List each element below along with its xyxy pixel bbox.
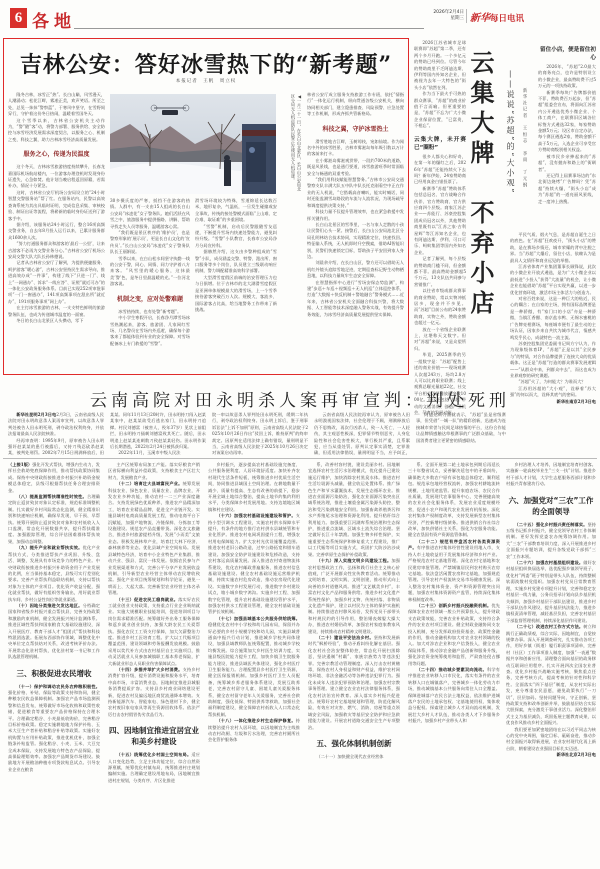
- clause-lead: （十三）促进农民工稳岗就业。: [116, 597, 178, 602]
- section-heading: 四、因地制宜推进宜居宜业和美乡村建设: [108, 725, 200, 747]
- clause-lead: （十五）统筹优化乡村国土空间布局。: [116, 752, 191, 757]
- clause-lead: （二十六）加强农村基层组织建设。: [514, 560, 583, 565]
- paragraph: （二十三）创新乡村振兴投融资机制。优先保障农业农村领域一般公共预算投入，提升财政…: [408, 603, 500, 667]
- paragraph: 2022年11月，玉溪市中级人民法: [110, 450, 206, 456]
- paragraph: 这个冬天，吉林冰雪旅游热度持续攀升，长春龙嘉国际机场航站楼内，一位游客办理登机时…: [8, 164, 105, 190]
- subheading: 服务之心，传递为民温度: [8, 149, 105, 158]
- paragraph: “雪警”机制，启动后民警跟随雪友巡逻，不断提升雪场内快速处警能力，避免纠纷升级。…: [195, 224, 277, 250]
- paragraph: 院一审以故意杀人罪判处田永明死刑，缓期二年执行，剥夺政治权利终身。田永明上诉后，…: [212, 412, 308, 456]
- paragraph: （十三）促进农民工稳岗就业。落实好农民工就业创业支持政策，支持重点行业企业吸纳就…: [108, 597, 200, 667]
- paragraph: 科技力量不仅提升管理效率，也在紧急救援中发挥关键作用。: [307, 209, 404, 222]
- masthead-divider: [466, 9, 467, 23]
- section-heading: 三、积极促进农民增收: [8, 668, 100, 679]
- susuper-column-4-tail: 阿迪达斯方面就表示，“苏超”虽是省级赛事，但凭借“一城一队”的精彩创新，迅速成为…: [416, 412, 506, 456]
- subheading: 留住小店，便是留住初心: [538, 45, 596, 61]
- susuper-subheadline: ——说说“苏超”的“大小观”: [502, 70, 516, 194]
- newspaper-brand-logo: 新华每日电讯: [470, 9, 524, 24]
- brand-italic: 新华: [470, 13, 490, 24]
- susuper-headline[interactable]: 云集大牌 不弃小店: [468, 50, 498, 320]
- paragraph: 系，改善村容村貌，建设美丽乡村。因地制宜选择农村生活污水治理模式，优化提升已建设…: [308, 462, 400, 558]
- paragraph: 新赛季每块广告牌都价值不菲，赞助费百万起步，但“苏超”组委会宣布，将面向江苏省内…: [538, 90, 596, 154]
- paragraph: （二十六）加强农村基层组织建设。做好农村基层组织换届选举，选优配强乡镇领导班子，…: [506, 560, 596, 624]
- paragraph: 长白山北景区的雪季里，一名与家人走散的小孩让民警们心头一紧。接警后，长白山公安局…: [307, 222, 404, 260]
- clause-lead: （十六）加强农村基础设施建设和管护。: [216, 513, 295, 518]
- clause-lead: （二十五）强化乡村振兴责任制落实。: [514, 522, 587, 527]
- paragraph: 在智慧指挥中心进行“雪场安保态势监测”，构建“步巡＋车巡＋视频巡＋无人机巡”立体…: [307, 280, 404, 318]
- clause-lead: （十七）加强县域基本公共服务供给统筹。: [216, 616, 300, 621]
- photo-illustration: [110, 94, 276, 194]
- dateline: 新华社昆明2月3日电: [16, 412, 56, 417]
- clause-lead: （十八）一体化推进乡村生态保护修复。: [216, 718, 295, 723]
- paragraph: （二十）建设平安法治乡村。坚持和发展新时代“枫桥经验”，推动矛盾纠纷化解在基层。…: [308, 635, 400, 731]
- weekday-text: 星期三: [420, 16, 464, 22]
- paragraph: 这时，吉林省公安厅机场公安局设立的“24小时智慧交警服务站”帮了忙。在服务站内，…: [8, 190, 105, 222]
- clause-lead: （十四）多措并举扩大乡村消费。: [116, 667, 182, 672]
- paragraph: 记者了解到，每个层级的赞助商门槛不同，但金额都不菲。最高赞助金额超5千万元，13…: [414, 256, 466, 288]
- paragraph: 我们要更加紧密地团结在以习近平同志为核心的党中央周围，锚定目标、砥砺奋进，推动乡…: [506, 727, 596, 753]
- policy-column-3: 乡村振兴，逐步提高农村基础设施完备度、公共服务便利度、人居环境舒适度。加快补齐农…: [208, 462, 300, 866]
- paragraph: （十）因地分类推进欠发达地区。分档确定国家和省级乡村振兴重点帮扶县，完善支持政策…: [8, 603, 100, 661]
- paragraph: 很多人都关心和好奇，在第一年的爆红之后，2026年“苏超”还能持续火下去吗？新年…: [414, 154, 466, 186]
- paragraph: 放在一个省级企业联赛上，这堪称天文数字。但对“苏超”来说，又是众望所归。: [414, 327, 466, 353]
- paragraph: “努力打通服务群众和游客的‘最后一公里’，让来吉游客不必再为交警业务分心。”吉林…: [8, 241, 105, 260]
- susuper-column-3: 平民气质、烟火气息，是苏超自诞生之日的底色。在“苏超”狂欢夜开，“街头小店”的赞…: [510, 232, 596, 450]
- photo-caption: ◀一月二十一日，在长白山北景区，长白山公安局北区分局无人机巡防队民警正在使用无人…: [280, 94, 302, 194]
- paragraph: （二十七）改进农村工作方式方法。树立和践行正确政绩观，综合实际，因地制宜，自觉按…: [506, 624, 596, 727]
- brand-rest: 每日电讯: [490, 14, 524, 24]
- paragraph: （二十五）强化乡村振兴责任制落实。坚持五级书记抓乡村振兴，健全党领导农村工作体制…: [506, 522, 596, 560]
- susuper-column-1: 2026江苏省城市足球联赛即“苏超”第二季，还有两个多月开跑。一个多亿元的赞助已…: [414, 40, 466, 415]
- paragraph: 中小学生寒假开启，长春净月潭雪场冰雪热潮起来，游客、旅游团、几家网红雪场、几名警…: [110, 315, 190, 347]
- section-heading: 六、加强党对“三农”工作的全面领导: [506, 495, 596, 517]
- paragraph: （十九）深入实施文明乡风建设工程。加强农村思想政治工作，弘扬和践行社会主义核心价…: [308, 558, 400, 635]
- clause-lead: （十九）深入实施文明乡风建设工程。: [316, 558, 391, 563]
- paragraph: （八）提高监测帮扶精准性时效性。合理确定防止返贫致贫对象认定标准，规范标准调整机…: [8, 494, 100, 545]
- paragraph: 这个雪季以来，吉林省公安机关主动作为，“警”随“客”动，将警力部署、服务供给、安…: [8, 118, 105, 144]
- clause-lead: （二十四）推动城乡要素双向流动。: [416, 667, 487, 672]
- paragraph: （十一）保护和调动农民务农种粮积极性。强化价格、补贴、保险等政策支持和协同，健全…: [8, 684, 100, 774]
- paragraph: 在主打冰雪旅游的吉林，一支支特色鲜明的旅游警务队伍，也成为传递城市温度的一面窗。: [8, 305, 105, 318]
- policy-column-2: 主产区统筹布局加工产能。落实好粮食产销区省际横向利益补偿政策，支持粮食主产区壮大…: [108, 462, 200, 866]
- clause-lead: （八）提高监测帮扶精准性时效性。: [16, 494, 87, 499]
- paragraph: 苏豪控股集团党委副书记周方宁认为，作为现象级体育IP，“苏超”正是以其“全民参与…: [510, 341, 596, 379]
- paragraph: 对省百姓来说，这是一种巨大的贴近，民心的耦合；在自家的主场，拥有国际品牌要是是一…: [510, 296, 596, 341]
- yunnan-column-4: 云南省高级人民法院再审认为，原审被告人田永明漠视国家法律，社会伦理于不顾，刑满释…: [314, 412, 410, 456]
- subheading: 科技之翼，守护冰雪热土: [307, 124, 404, 133]
- clause-lead: （十二）培育壮大县域富民产业。: [116, 481, 182, 486]
- paragraph: 大型滑雪度假区前端的治安管理压力也与日俱增。位于吉林市的北大湖滑雪度假区是亚洲单…: [195, 275, 277, 313]
- clause-lead: （十一）保护和调动农民务农种粮积极性。: [16, 684, 100, 689]
- clause-lead: （十）因地分类推进欠发达地区。: [16, 603, 82, 608]
- subheading: 云集大牌，未开赛已“圈粉”: [414, 135, 466, 151]
- clause-lead: （二十）建设平安法治乡村。: [316, 635, 373, 640]
- paragraph: 滑雪胜地吉江畔，玉树琼枝，宛如仙境。作为闻名中外的冰雪胜景，吉林市雾凇岛每年吸引…: [307, 139, 404, 158]
- paragraph: 据介绍，该服务站24小时运行，整合16项高频交警业务，自去年8月投入运行以来，已…: [8, 222, 105, 241]
- paragraph: 林省公安厅成立服务支持旅游工作专班，依托“情指行”一体化运行机制，纵向贯通各级公…: [307, 92, 404, 118]
- feature-column-1: 隆冬吉林，冰雪正“热”。长白山巅，风雪漫天，人潮涌动；松花江畔，雾凇正美，欢声笑…: [8, 92, 105, 373]
- paragraph: 据赫然介绍，这支由多警种组成的“雪警”小队，成员涵盖交警、特警、派出所、窗口服务…: [195, 249, 277, 275]
- paragraph: “苏超”火了，为何能大？为谁而大？: [510, 379, 596, 385]
- paragraph: 云南省高级人民法院再审认为，原审被告人田永明漠视国家法律，社会伦理于不顾，刑满释…: [314, 412, 410, 456]
- masthead-rule: [74, 28, 424, 29]
- paragraph: 冬日的长白山北景区人头攒动，零下: [8, 318, 105, 324]
- paragraph: 江苏省体育产业集团董事长顾锋说，此次的小微企业开放式遴选，是为广大小微企业以最低…: [510, 264, 596, 296]
- yunnan-headline[interactable]: 云南高院对田永明杀人案再审宣判：判处死刑: [0, 386, 600, 411]
- feature-column-3: 林省公安厅成立服务支持旅游工作专班，依托“情指行”一体化运行机制，纵向贯通各级公…: [307, 92, 404, 373]
- paragraph: 雪季以来，在白山松水间坚守执勤一线的公安干警，同心、同情、同力守护着八方来客。“…: [110, 256, 190, 288]
- paragraph: （十四）多措并举扩大乡村消费。支持乡村消费扩容升级，提升消费设施和服务水平，培育…: [108, 667, 200, 718]
- paragraph: 平民气质、烟火气息，是苏超自诞生之日的底色。在“苏超”狂欢夜开，“街头小店”的赞…: [510, 232, 596, 264]
- paragraph: “我们既是景区秩序的‘维护员’，也是警察形象的‘展示员’，更是长白山文化的‘宣传…: [110, 230, 190, 256]
- paragraph: 作为当下最火手可热的群众赛事，“苏超”的商业价值不言而喻。但更重要的是，“苏超”…: [414, 91, 466, 129]
- policy-column-4: 系，改善村容村貌，建设美丽乡村。因地制宜选择农村生活污水治理模式，优化提升已建设…: [308, 462, 400, 866]
- paragraph: （上接1版）强化开发式帮扶，增强内生动力，发挥社会救助兜底保障作用，推动帮扶政策…: [8, 462, 100, 494]
- paragraph: 在小雾凇岛雾凇观赏带，一段约700米的道路，既是风景线，也是通行要道，冰雪旅游旺…: [307, 158, 404, 177]
- paragraph: （十八）一体化推进乡村生态保护修复。持续整治提升农村人居环境，以因地制宜为主线推…: [208, 718, 300, 744]
- paragraph: 30多摄氏度的严寒，抵挡不住游客的热情。人群中，有一支由15人组成的长白山公安局…: [110, 198, 190, 230]
- clause-lead: （二十七）改进农村工作方式方法。: [514, 624, 583, 629]
- paragraph: 乡村治理人才培养，因地制宜培育村创客。实施新一轮高校毕业生“三支一扶”计划。推进…: [506, 462, 596, 488]
- feature-column-2b: 滑雪场环境较为特殊，雪道绵延长达数百米，地形复杂，气温低，一旦发生碰撞或安全事故…: [195, 198, 277, 373]
- paragraph: 经再审查明：1995年9月，原审被告人田永明强奸赵某某的患行被露后，又持刀残忍砍…: [8, 438, 104, 456]
- clause-lead: （九）提升产业和就业帮扶实效。: [16, 545, 82, 550]
- paragraph: 还记得上届赛事场边的“东北街边烧烤”广告牌吗？凭“苏超”持续火爆，“街头小店”成…: [538, 173, 596, 205]
- paragraph: （二十二）规范有序盘活农村各类资源资产。有序推进农村集体经营性建设用地入市，支持…: [408, 539, 500, 603]
- yunnan-column-1: 新华社昆明2月3日电2月3日，云南省高级人民法院对田永明故意杀人案再审宣判，以故…: [8, 412, 104, 456]
- feature-column-2a: 30多摄氏度的严寒，抵挡不住游客的热情。人群中，有一支由15人组成的长白山公安局…: [110, 198, 190, 373]
- paragraph: 系。全面开展第二轮土地承包到期后再延长三十年整省试点，妥善解决延包中的矛盾纠纷，…: [408, 462, 500, 539]
- paragraph: 滑雪场环境较为特殊，雪道绵延长达数百米，地形复杂，气温低，一旦发生碰撞或安全事故…: [195, 198, 277, 224]
- susuper-column-2: 留住小店，便是留住初心 2026年，“苏超”2.0最大的商务亮点，也许是特别设立…: [538, 40, 596, 230]
- paragraph: 2026江苏省城市足球联赛即“苏超”第二季，还有两个多月开跑。一个多亿元的赞助已…: [414, 40, 466, 91]
- paragraph: 2026年，“苏超”2.0最大的商务亮点，也许是特别设立的小微企业，最高赞助费不…: [538, 64, 596, 90]
- clause-lead: （二十三）创新乡村振兴投融资机制。: [416, 603, 491, 608]
- yunnan-column-2: 某某。同年11月13日20时许，田永明持刀闯入赵某某家中，赵某某欲受后逃出家门，…: [110, 412, 206, 456]
- masthead-date: 2026年2月4日 星期三: [420, 10, 464, 22]
- dateline-sign: 新华社北京2月3日电: [506, 752, 596, 758]
- policy-column-6: 乡村治理人才培养，因地制宜培育村创客。实施新一轮高校毕业生“三支一扶”计划。推进…: [506, 462, 596, 866]
- paragraph: （十七）加强县域基本公共服务供给统筹。稳健优化农村中小学校和幼儿园布局，保留并办…: [208, 616, 300, 719]
- continued-label: （上接1版）: [8, 462, 32, 467]
- paragraph: （十五）统筹优化乡村国土空间布局。适应人口变化趋势，立足主体功能定位，综合自然资…: [108, 752, 200, 784]
- page-number: 6: [10, 8, 27, 28]
- paragraph: 记者从吉林省公安厅了解到，为提供便捷服务、呵护游客“暖心游”，吉林公安坚持民生需…: [8, 260, 105, 305]
- paragraph: 刘晨余介绍，在长白山区，警方还可以借助无人机红外镜头追踪雪地足迹，定期巡查标记野…: [307, 260, 404, 279]
- subheading: 机制之变，应对处警难题: [110, 294, 190, 303]
- paragraph: 阿迪达斯方面就表示，“苏超”虽是省级赛事，但凭借“一城一队”的精彩创新，迅速成为…: [416, 412, 506, 444]
- clause-lead: （二十二）规范有序盘活农村各类资源资产。: [408, 539, 500, 550]
- paragraph: 乡村振兴，逐步提高农村基础设施完备度、公共服务便利度、人居环境舒适度。加快补齐农…: [208, 462, 300, 513]
- paragraph: 被市民乡亲捧起来的“苏超”，没有抛弃和路上的“街刷者”。: [538, 154, 596, 173]
- paragraph: “我们用科技赋能智慧警务。”吉林市公安局交通警察支队丰满大队五中队中队长托克刚看…: [307, 177, 404, 209]
- paragraph: 以往省市级或群众赛事的商业赞助，常以实物冲抵居多，现金并不多见。而“苏超”目前公…: [414, 288, 466, 326]
- paragraph: （二十一）加快健全现代农业经营体: [308, 754, 400, 760]
- feature-byline: 本报记者 王帆 周立权: [3, 78, 409, 84]
- section-name: 各地: [32, 7, 76, 32]
- paragraph: （九）提升产业和就业帮扶实效。优化产业帮扶方式，分类推进帮扶产业巩固、升级、盘活…: [8, 545, 100, 603]
- paragraph: （十六）加强农村基础设施建设和管护。支持小型引调水工程建设，实施农村供水保障水平…: [208, 513, 300, 616]
- paragraph: 主产区统筹布局加工产能。落实好粮食产销区省际横向利益补偿政策，支持粮食主产区壮大…: [108, 462, 200, 481]
- paragraph: （二十四）推动城乡要素双向流动。科学有序推进农业转移人口市民化，落实有条件的农业…: [408, 667, 500, 725]
- yunnan-column-3: 院一审以故意杀人罪判处田永明死刑，缓期二年执行，剥夺政治权利终身。田永明上诉后，…: [212, 412, 308, 456]
- paragraph: （十二）培育壮大县域富民产业。统筹发展科技农业、绿色农业、质量农业、品牌农业，开…: [108, 481, 200, 596]
- policy-column-5: 系。全面开展第二轮土地承包到期后再延长三十年整省试点，妥善解决延包中的矛盾纠纷，…: [408, 462, 500, 866]
- policy-column-1: （上接1版）强化开发式帮扶，增强内生动力，发挥社会救助兜底保障作用，推动帮扶政策…: [8, 462, 100, 866]
- section-heading: 五、强化体制机制创新: [308, 738, 400, 749]
- feature-headline[interactable]: 吉林公安：答好冰雪热下的“新考题”: [3, 48, 409, 79]
- section-divider: [3, 458, 597, 459]
- paragraph: 新赛季“苏超”赞助体系包括总冠名、官方战略合作伙伴、官方赞助商、官方供应商四个层…: [414, 186, 466, 256]
- susuper-byline: 新华社记者 王恒志 李雨 丁元钢: [519, 88, 527, 189]
- paragraph: 隆冬吉林，冰雪正“热”。长白山巅，风雪漫天，人潮涌动；松花江畔，雾凇正美，欢声笑…: [8, 92, 105, 118]
- paragraph: 某某。同年11月13日20时许，田永明持刀闯入赵某某家中，赵某某欲受后逃出家门，…: [110, 412, 206, 450]
- news-photo-police-drone[interactable]: [110, 94, 276, 194]
